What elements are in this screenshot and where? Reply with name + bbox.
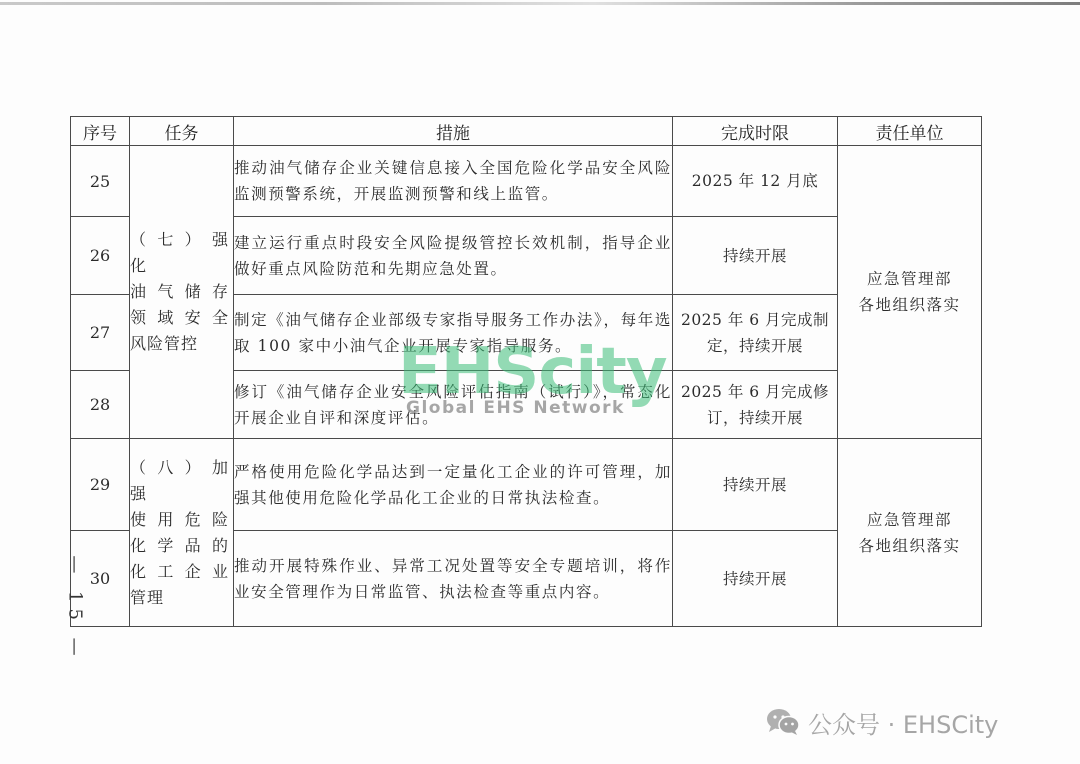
header-task: 任务 — [130, 117, 234, 146]
responsible-unit-cell: 应急管理部 各地组织落实 — [838, 146, 982, 439]
measure-cell: 制定《油气储存企业部级专家指导服务工作办法》，每年选取 100 家中小油气企业开… — [234, 295, 673, 371]
deadline-cell: 2025 年 6 月完成制定，持续开展 — [673, 295, 838, 371]
wechat-icon — [766, 708, 800, 736]
row-number: 26 — [71, 217, 130, 295]
task-line: 管理 — [130, 585, 233, 611]
footer-account-name: 公众号 · EHSCity — [808, 705, 998, 740]
header-deadline: 完成时限 — [673, 117, 838, 146]
task-line: 风险管控 — [130, 331, 233, 357]
task-line: 油气储存 — [130, 279, 233, 305]
wechat-footer: 公众号 · EHSCity — [766, 704, 998, 740]
page-number: — 15 — — [65, 555, 86, 661]
deadline-cell: 持续开展 — [673, 217, 838, 295]
unit-line: 各地组织落实 — [838, 292, 981, 318]
row-number: 27 — [71, 295, 130, 371]
task-line: 使用危险 — [130, 507, 233, 533]
deadline-cell: 2025 年 6 月完成修订，持续开展 — [673, 371, 838, 439]
row-number: 25 — [71, 146, 130, 217]
tasks-table: 序号 任务 措施 完成时限 责任单位 25 （七）强化 油气储存 领域安全 风险… — [70, 116, 982, 627]
task-line: 化工企业 — [130, 559, 233, 585]
deadline-cell: 持续开展 — [673, 439, 838, 531]
measure-cell: 修订《油气储存企业安全风险评估指南（试行）》，常态化开展企业自评和深度评估。 — [234, 371, 673, 439]
measure-cell: 建立运行重点时段安全风险提级管控长效机制，指导企业做好重点风险防范和先期应急处置… — [234, 217, 673, 295]
unit-line: 应急管理部 — [838, 507, 981, 533]
task-line: 化学品的 — [130, 533, 233, 559]
measure-cell: 推动油气储存企业关键信息接入全国危险化学品安全风险监测预警系统，开展监测预警和线… — [234, 146, 673, 217]
deadline-cell: 2025 年 12 月底 — [673, 146, 838, 217]
measure-cell: 严格使用危险化学品达到一定量化工企业的许可管理，加强其他使用危险化学品化工企业的… — [234, 439, 673, 531]
header-no: 序号 — [71, 117, 130, 146]
deadline-cell: 持续开展 — [673, 531, 838, 627]
scan-top-edge — [0, 2, 1080, 5]
row-number: 28 — [71, 371, 130, 439]
table-row: 29 （八）加强 使用危险 化学品的 化工企业 管理 严格使用危险化学品达到一定… — [71, 439, 982, 531]
task-cell: （八）加强 使用危险 化学品的 化工企业 管理 — [130, 439, 234, 627]
task-line: （八）加强 — [130, 455, 233, 507]
measure-cell: 推动开展特殊作业、异常工况处置等安全专题培训，将作业安全管理作为日常监管、执法检… — [234, 531, 673, 627]
table-header-row: 序号 任务 措施 完成时限 责任单位 — [71, 117, 982, 146]
unit-line: 各地组织落实 — [838, 533, 981, 559]
task-line: （七）强化 — [130, 227, 233, 279]
header-measure: 措施 — [234, 117, 673, 146]
responsible-unit-cell: 应急管理部 各地组织落实 — [838, 439, 982, 627]
row-number: 29 — [71, 439, 130, 531]
table-row: 25 （七）强化 油气储存 领域安全 风险管控 推动油气储存企业关键信息接入全国… — [71, 146, 982, 217]
header-unit: 责任单位 — [838, 117, 982, 146]
task-line: 领域安全 — [130, 305, 233, 331]
task-cell: （七）强化 油气储存 领域安全 风险管控 — [130, 146, 234, 439]
unit-line: 应急管理部 — [838, 266, 981, 292]
